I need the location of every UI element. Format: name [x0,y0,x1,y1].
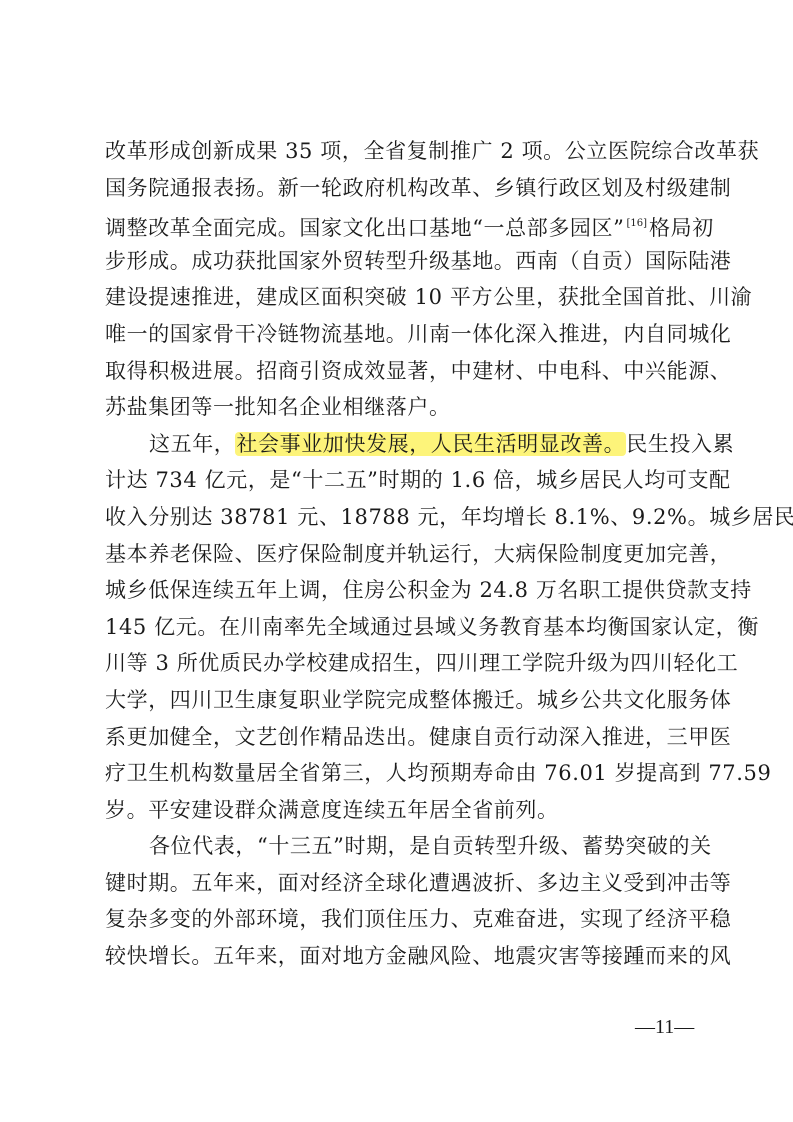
text-line: 较快增长。五年来，面对地方金融风险、地震灾害等接踵而来的风 [105,938,693,975]
text-line: 系更加健全，文艺创作精品迭出。健康自贡行动深入推进，三甲医 [105,719,693,756]
text-line: 建设提速推进，建成区面积突破 10 平方公里，获批全国首批、川渝 [105,279,693,316]
text-line: 取得积极进展。招商引资成效显著，中建材、中电科、中兴能源、 [105,353,693,390]
text-line: 调整改革全面完成。国家文化出口基地“一总部多园区”[16]格局初 [105,206,693,243]
text-line: 苏盐集团等一批知名企业相继落户。 [105,389,693,426]
text-line: 步形成。成功获批国家外贸转型升级基地。西南（自贡）国际陆港 [105,243,693,280]
text-line: 川等 3 所优质民办学校建成招生，四川理工学院升级为四川轻化工 [105,645,693,682]
text-line: 国务院通报表扬。新一轮政府机构改革、乡镇行政区划及村级建制 [105,170,693,207]
text-line: 基本养老保险、医疗保险制度并轨运行，大病保险制度更加完善， [105,536,693,573]
text-line: 大学，四川卫生康复职业学院完成整体搬迁。城乡公共文化服务体 [105,682,693,719]
highlighted-text: 社会事业加快发展，人民生活明显改善。 [235,432,626,456]
text-line: 改革形成创新成果 35 项，全省复制推广 2 项。公立医院综合改革获 [105,133,693,170]
body-text: 改革形成创新成果 35 项，全省复制推广 2 项。公立医院综合改革获 国务院通报… [105,133,693,975]
text-line: 复杂多变的外部环境，我们顶住压力、克难奋进，实现了经济平稳 [105,901,693,938]
text-line: 各位代表，“十三五”时期，是自贡转型升级、蓄势突破的关 [105,828,693,865]
text-line: 城乡低保连续五年上调，住房公积金为 24.8 万名职工提供贷款支持 [105,572,693,609]
text-line: 唯一的国家骨干冷链物流基地。川南一体化深入推进，内自同城化 [105,316,693,353]
page-number: —11— [635,1016,694,1039]
text-line: 收入分别达 38781 元、18788 元，年均增长 8.1%、9.2%。城乡居… [105,499,693,536]
document-page: 改革形成创新成果 35 项，全省复制推广 2 项。公立医院综合改革获 国务院通报… [0,0,793,1122]
text-line: 145 亿元。在川南率先全域通过县域义务教育基本均衡国家认定，衡 [105,609,693,646]
text-line: 疗卫生机构数量居全省第三，人均预期寿命由 76.01 岁提高到 77.59 [105,755,693,792]
text-line: 岁。平安建设群众满意度连续五年居全省前列。 [105,792,693,829]
text-line: 键时期。五年来，面对经济全球化遭遇波折、多边主义受到冲击等 [105,865,693,902]
text-line: 计达 734 亿元，是“十二五”时期的 1.6 倍，城乡居民人均可支配 [105,462,693,499]
footnote-reference[interactable]: [16] [626,218,647,229]
text-line: 这五年，社会事业加快发展，人民生活明显改善。民生投入累 [105,426,693,463]
